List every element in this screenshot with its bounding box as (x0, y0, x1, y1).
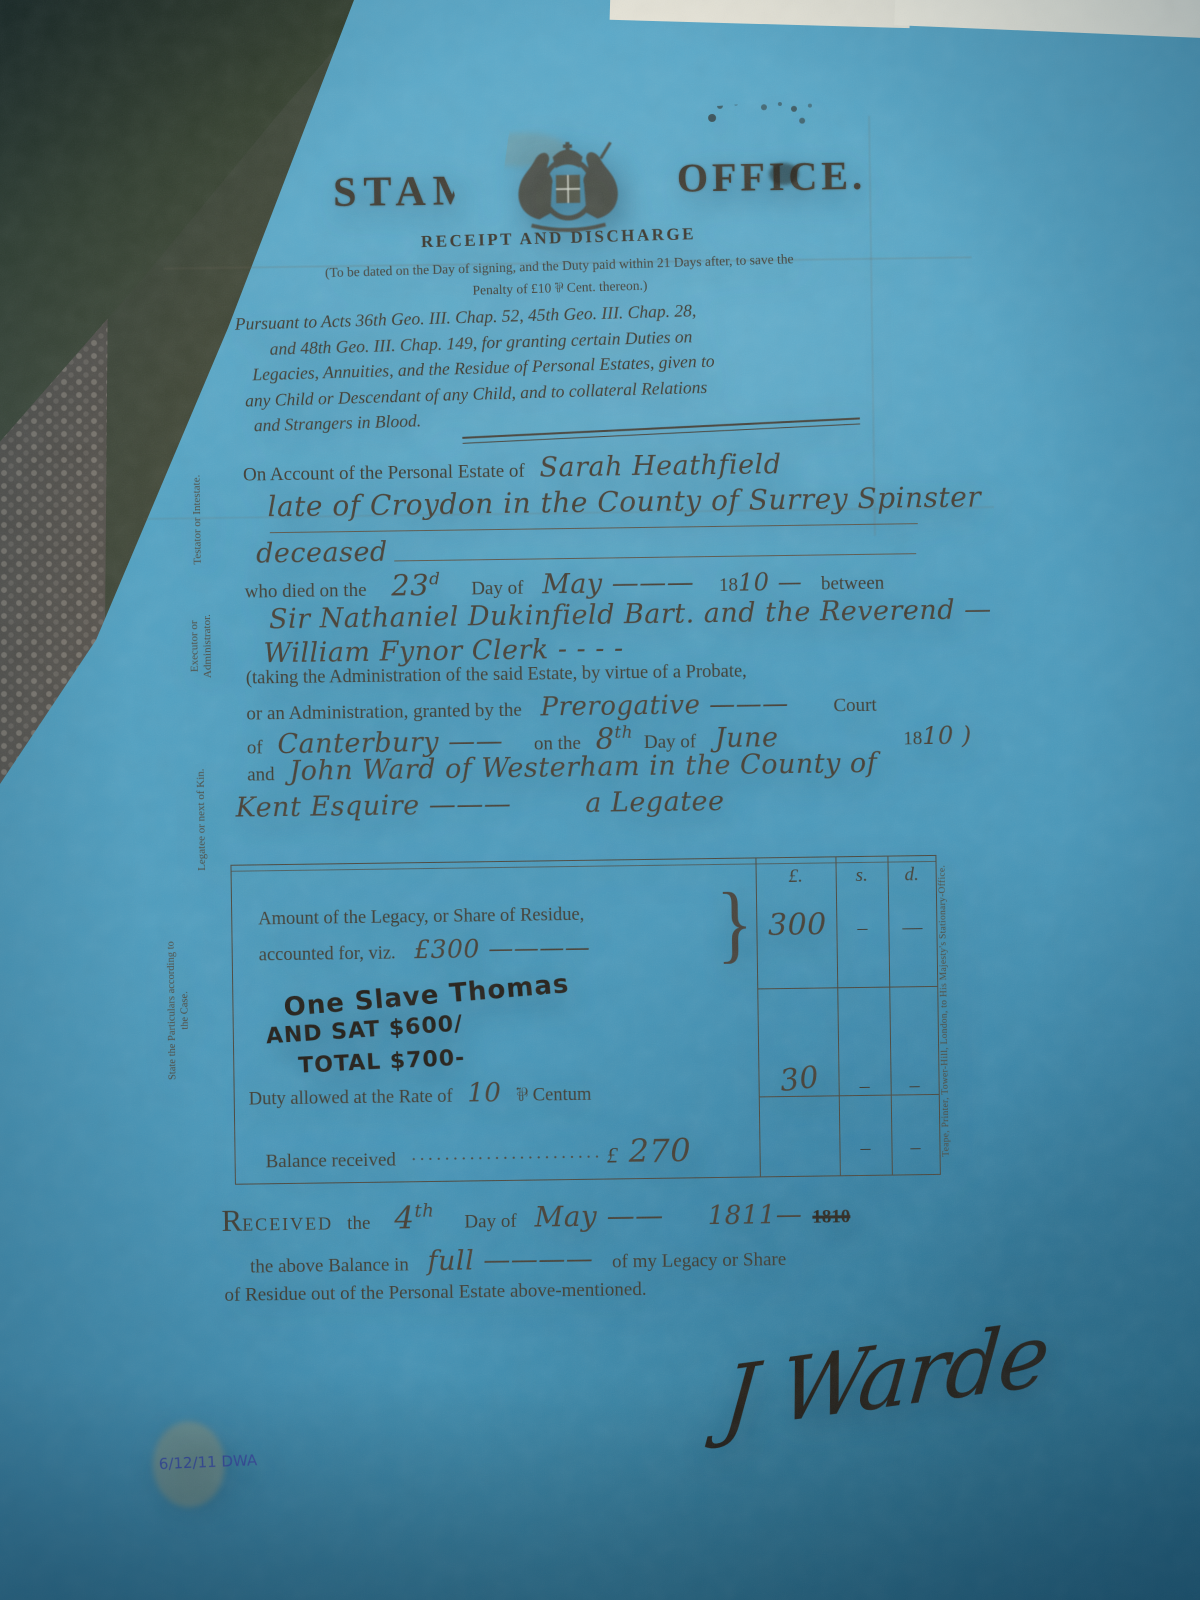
duty-row-desc: Duty allowed at the Rate of 10 ⅌ Centum (249, 1077, 592, 1112)
died-day: 23d (391, 568, 441, 603)
probate-year-print: 18 (903, 728, 922, 749)
margin-note-testator: Testator or Intestate. (190, 468, 204, 572)
amount-desc-line1: Amount of the Legacy, or Share of Residu… (258, 905, 584, 931)
probate-year-script: 10 ) (922, 721, 972, 750)
received-dayof: Day of (464, 1211, 517, 1233)
received-capital: R (221, 1203, 242, 1238)
amount-shillings-dash: – (836, 917, 888, 941)
duty-rate-script: 10 (467, 1078, 502, 1108)
amount-pence-dash: — (888, 916, 936, 940)
amount-viz: accounted for, viz. (259, 943, 396, 965)
balance-dots: ······················· (410, 1147, 602, 1171)
probate-court-script: Prerogative ——— (540, 689, 789, 722)
column-header-pence: d. (888, 864, 936, 887)
duty-shillings-dash: – (838, 1075, 890, 1099)
died-dayof: Day of (471, 578, 524, 600)
duty-desc-b: ⅌ Centum (516, 1085, 592, 1106)
and-word: and (247, 764, 275, 785)
probate-court-word: Court (833, 695, 877, 717)
died-year-script: 10 — (738, 568, 803, 597)
received-full: full ———— (427, 1244, 593, 1277)
legatee-place: Kent Esquire ——— (235, 789, 511, 824)
between-word: between (821, 573, 885, 595)
balance-desc: Balance received (265, 1149, 396, 1172)
document-title: RECEIPT AND DISCHARGE (318, 221, 798, 255)
balance-pounds-value: 270 (628, 1131, 691, 1170)
received-month: May —— (534, 1199, 664, 1234)
table-column-rule (887, 857, 892, 1175)
received-balance-in: the above Balance in (250, 1254, 409, 1277)
balance-shillings-dash: – (839, 1137, 891, 1161)
died-month: May ——— (542, 567, 695, 600)
margin-note-executor: Executor or Administrator. (188, 588, 216, 704)
document-sheet-wrapper: STAM OFFICE. RECEIPT AND DISCHARGE (To b… (56, 73, 1089, 1584)
legatee-role: a Legatee (585, 786, 725, 819)
duty-desc-a: Duty allowed at the Rate of (249, 1087, 453, 1110)
amount-script: £300 ———— (414, 933, 590, 964)
amount-desc-line2: accounted for, viz. £300 ———— (258, 933, 590, 967)
margin-note-legatee: Legatee or next of Kin. (195, 768, 209, 872)
balance-currency: £ (607, 1142, 618, 1167)
table-column-rule (835, 857, 840, 1175)
balance-row: Balance received ·······················… (265, 1131, 691, 1175)
statute-preamble: Pursuant to Acts 36th Geo. III. Chap. 52… (231, 291, 934, 439)
received-year-struck: 1810 (812, 1206, 850, 1228)
account-lead: On Account of the Personal Estate of (243, 461, 525, 486)
balance-pence-dash: – (891, 1136, 939, 1160)
received-the: the (347, 1213, 371, 1234)
received-legacy: of my Legacy or Share (612, 1249, 786, 1272)
column-header-pounds: £. (756, 865, 836, 888)
scrawl-line3: TOTAL $700- (298, 1046, 466, 1079)
died-year-print: 18 (719, 575, 738, 596)
deceased-word: deceased (256, 537, 388, 570)
received-rest: ECEIVED (242, 1213, 333, 1234)
received-day: 4th (394, 1200, 435, 1237)
ink-smudge (704, 100, 708, 104)
probate-granted-by: or an Administration, granted by the (246, 700, 522, 725)
legacy-account-table: £. s. d. Amount of the Legacy, or Share … (230, 855, 940, 1185)
table-brace: } (716, 874, 754, 975)
table-column-rule (755, 858, 760, 1176)
amount-pounds-value: 300 (760, 907, 834, 943)
table-row-rule (757, 986, 937, 990)
died-lead: who died on the (245, 580, 367, 603)
photo-of-stamp-office-receipt: STAM OFFICE. RECEIPT AND DISCHARGE (To b… (0, 0, 1200, 1600)
document-sheet: STAM OFFICE. RECEIPT AND DISCHARGE (To b… (56, 73, 1089, 1584)
duty-pence-dash: – (890, 1074, 938, 1098)
deceased-name: Sarah Heathfield (539, 449, 781, 483)
margin-note-particulars: State the Particulars according to the C… (165, 940, 193, 1080)
column-header-shillings: s. (836, 865, 888, 888)
received-year: 1811— (707, 1200, 802, 1231)
